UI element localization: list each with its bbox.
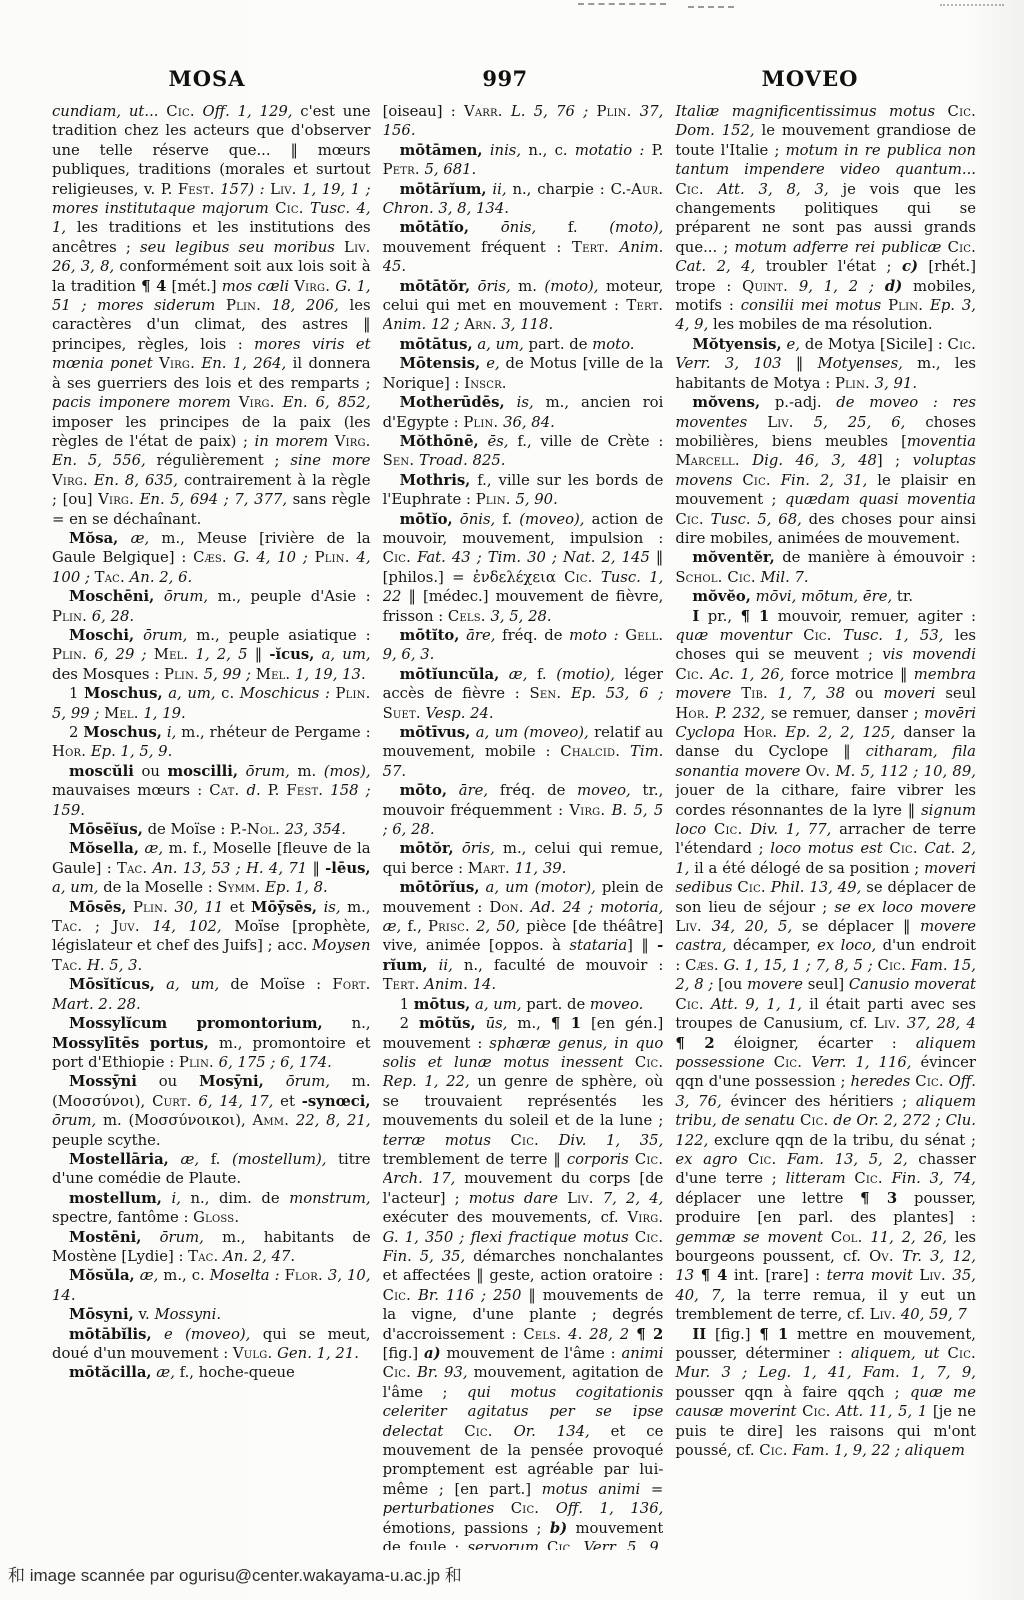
author-abbreviation: Mel. [256, 666, 291, 683]
latin-or-reference: 1, 2, 5 [196, 646, 248, 663]
headword: Mōsēĭus, [69, 821, 143, 838]
headword: Mŏsa, [69, 530, 118, 547]
latin-or-reference: 3, 91. [875, 375, 917, 392]
author-abbreviation: Arn. [464, 316, 496, 333]
dictionary-entry: mŏvĕo, mōvi, mōtum, ēre, tr. [675, 587, 976, 606]
author-abbreviation: Cic. [854, 1170, 882, 1187]
dictionary-entry: Mŏtyensis, e, de Motya [Sicile] : Cic. V… [675, 335, 976, 393]
latin-or-reference: L. 5, 76 ; [511, 103, 588, 120]
latin-or-reference: ōnis, [501, 219, 536, 236]
latin-or-reference: Verr. 1, 116, [811, 1054, 911, 1071]
dictionary-entry: Mōsēs, Plin. 30, 11 et Mōȳsēs, is, m., T… [52, 898, 371, 976]
latin-or-reference: a, um (moveo), [476, 724, 589, 741]
headword: mōto, [400, 782, 447, 799]
author-abbreviation: Juv. [113, 918, 140, 935]
author-abbreviation: Plin. [835, 375, 870, 392]
latin-or-reference: Br. 93, [417, 1364, 468, 1381]
author-abbreviation: Don. [489, 899, 523, 916]
latin-or-reference: 5, 25, 6, [814, 414, 906, 431]
latin-or-reference: 9, 1, 2 ; [799, 278, 874, 295]
headword: mōtĭuncŭla, [400, 666, 500, 683]
author-abbreviation: Cic. [166, 103, 194, 120]
author-abbreviation: Cic. [759, 1442, 787, 1459]
latin-or-reference: Ep. 1, 8. [265, 879, 328, 896]
author-abbreviation: Cic. [774, 1054, 802, 1071]
dictionary-entry: Moschi, ōrum, m., peuple asiatique : Pli… [52, 626, 371, 684]
latin-or-reference: terræ motus [383, 1132, 491, 1149]
latin-or-reference: 1, 19. [143, 705, 185, 722]
author-abbreviation: Tert. [572, 239, 609, 256]
latin-or-reference: Moselta : [210, 1267, 280, 1284]
headword: mŏventĕr, [692, 549, 774, 566]
latin-or-reference: animi [621, 1345, 663, 1362]
author-abbreviation: Cic. [803, 627, 831, 644]
latin-or-reference: aliquem, ut [851, 1345, 939, 1362]
latin-or-reference: (moto), [609, 219, 663, 236]
latin-or-reference: An. 2, 47. [223, 1248, 295, 1265]
headword: ¶ 2 [636, 1326, 663, 1343]
latin-or-reference: moventia [907, 433, 976, 450]
author-abbreviation: Cic. [889, 840, 917, 857]
headword: ¶ 1 [759, 1326, 788, 1343]
latin-or-reference: e, [787, 336, 800, 353]
latin-or-reference: (moto), [544, 278, 598, 295]
author-abbreviation: Mart. [468, 860, 510, 877]
latin-or-reference: a, um, [322, 646, 371, 663]
headword: mōtus, [414, 996, 471, 1013]
latin-or-reference: (motio), [556, 666, 615, 683]
headword: mōtŭs, [419, 1015, 476, 1032]
dictionary-entry: Mŏsŭla, æ, m., c. Moselta : Flor. 3, 10,… [52, 1266, 371, 1305]
author-abbreviation: Cic. [547, 1539, 575, 1550]
latin-or-reference: 11, 2, 26, [870, 1229, 947, 1246]
latin-or-reference: āre, [466, 627, 495, 644]
author-abbreviation: Cic. [800, 1112, 828, 1129]
author-abbreviation: Cic. [802, 1403, 830, 1420]
latin-or-reference: Att. 11, 5, 1 [836, 1403, 927, 1420]
latin-or-reference: Dom. 152, [675, 122, 754, 139]
author-abbreviation: Liv. [919, 1267, 946, 1284]
latin-or-reference: 23, 354. [285, 821, 346, 838]
latin-or-reference: a, um, [168, 685, 215, 702]
headword: mostellum, [69, 1190, 162, 1207]
dictionary-entry: Mōsĭtĭcus, a, um, de Moïse : Fort. Mart.… [52, 975, 371, 1014]
headword: mōtātus, [400, 336, 473, 353]
latin-or-reference: Italiæ magnificentissimus motus [675, 103, 935, 120]
author-abbreviation: Plin. [888, 297, 923, 314]
scanned-dictionary-page: { "header": { "left_word": "MOSA", "page… [0, 0, 1024, 1600]
latin-or-reference: Ep. 2, 2, 125, [785, 724, 895, 741]
dictionary-entry: Mōtensis, e, de Motus [ville de la Noriq… [383, 354, 664, 393]
headword: Mossylĭcum promontorium, [69, 1015, 323, 1032]
latin-or-reference: ūs, [486, 1015, 508, 1032]
latin-or-reference: sine more [290, 452, 370, 469]
latin-or-reference: quædam quasi moventia [785, 491, 976, 508]
author-abbreviation: Tac. [95, 569, 125, 586]
author-abbreviation: Flor. [285, 1267, 323, 1284]
author-abbreviation: Sen. [530, 685, 562, 702]
dictionary-entry: Mŏsella, æ, m. f., Moselle [fleuve de la… [52, 839, 371, 897]
headword: Moschus, [84, 685, 163, 702]
latin-or-reference: Troad. 825. [419, 452, 506, 469]
latin-or-reference: 40, 59, 7 [901, 1306, 967, 1323]
latin-or-reference: 5, 90. [515, 491, 557, 508]
latin-or-reference: 5, 681. [424, 161, 476, 178]
latin-or-reference: Div. 1, 35, [559, 1132, 664, 1149]
headword: Moschus, [83, 724, 162, 741]
dictionary-entry: mōtābĭlis, e (moveo), qui se meut, doué … [52, 1325, 371, 1364]
author-abbreviation: Ov. [806, 763, 831, 780]
latin-or-reference: G. 4, 10 ; [234, 549, 308, 566]
latin-or-reference: Fam. 1, 9, 22 ; [792, 1442, 900, 1459]
latin-or-reference: 22, 8, 21, [296, 1112, 371, 1129]
latin-or-reference: motatio : [575, 142, 645, 159]
headword: mŏvĕo, [692, 588, 751, 605]
headword: mōtōrĭus, [400, 879, 480, 896]
dictionary-entry: mōtāmen, inis, n., c. motatio : P. Petr.… [383, 141, 664, 180]
author-abbreviation: Liv. [270, 181, 297, 198]
author-abbreviation: Plin. [463, 414, 498, 431]
author-abbreviation: Mel. [154, 646, 189, 663]
latin-or-reference: B. 5, 5 ; 6, 28. [383, 802, 664, 838]
dictionary-entry: mŏventĕr, de manière à émouvoir : Schol.… [675, 548, 976, 587]
author-abbreviation: Tert. [626, 297, 663, 314]
latin-or-reference: vis movendi [882, 646, 976, 663]
author-abbreviation: Liv. [874, 1015, 901, 1032]
author-abbreviation: Tac. [188, 1248, 218, 1265]
latin-or-reference: seu legibus seu moribus [140, 239, 335, 256]
dictionary-entry: mōtĭo, ōnis, f. (moveo), action de mouvo… [383, 510, 664, 626]
latin-or-reference: heredes [850, 1073, 910, 1090]
dictionary-entry: mōtŏr, ōris, m., celui qui remue, qui be… [383, 839, 664, 878]
latin-or-reference: An. 2, 6. [130, 569, 193, 586]
latin-or-reference: Verr. 3, 103 [675, 355, 781, 372]
latin-or-reference: 11, 39. [515, 860, 567, 877]
author-abbreviation: Fort. [332, 976, 370, 993]
latin-or-reference: a, um (motor), [486, 879, 596, 896]
latin-or-reference: Mil. 7. [760, 569, 808, 586]
author-abbreviation: Plin. [179, 1054, 214, 1071]
dictionary-entry: mŏvens, p.-adj. de moveo : res moventes … [675, 393, 976, 548]
latin-or-reference: is, [517, 394, 534, 411]
dictionary-entry: 2 mōtŭs, ūs, m., ¶ 1 [en gén.] mouvement… [383, 1014, 664, 1550]
author-abbreviation: Cic. [727, 569, 755, 586]
author-abbreviation: Liv. [870, 1306, 897, 1323]
sense-letter: c) [902, 258, 918, 275]
latin-or-reference: motus dare [469, 1190, 558, 1207]
latin-or-reference: Tim. 57. [383, 743, 664, 779]
author-abbreviation: Cic. [948, 1345, 976, 1362]
author-abbreviation: Aur. [631, 181, 663, 198]
dictionary-entry: mōtĭuncŭla, æ, f. (motio), léger accès d… [383, 665, 664, 723]
headword: Mŏthōnē, [400, 433, 479, 450]
page-number: 997 [482, 66, 527, 91]
latin-or-reference: æ, [180, 1151, 199, 1168]
author-abbreviation: Cic. [564, 569, 592, 586]
latin-or-reference: ōrum, [246, 763, 290, 780]
author-abbreviation: Liv. [767, 414, 794, 431]
latin-or-reference: Or. 134, [514, 1423, 590, 1440]
author-abbreviation: Tac. [52, 957, 82, 974]
headword: Motherūdēs, [400, 394, 505, 411]
author-abbreviation: Inscr. [464, 375, 507, 392]
latin-or-reference: se ex loco movere [834, 899, 976, 916]
dictionary-entry: 1 Moschus, a, um, c. Moschicus : Plin. 5… [52, 684, 371, 723]
latin-or-reference: a, um, [475, 996, 522, 1013]
dictionary-entry: Mŏsa, æ, m., Meuse [rivière de la Gaule … [52, 529, 371, 587]
headword: -lēus, [325, 860, 370, 877]
author-abbreviation: Cic. [635, 1229, 663, 1246]
author-abbreviation: Gell. [625, 627, 663, 644]
headword: ¶ 2 [675, 1035, 714, 1052]
latin-or-reference: ōrum, [286, 1073, 330, 1090]
latin-or-reference: Tusc. 1, 53, [843, 627, 943, 644]
latin-or-reference: Phil. 13, 49, [771, 879, 862, 896]
latin-or-reference: Dig. 46, 3, 48 [752, 452, 877, 469]
latin-or-reference: moveo. [590, 996, 643, 1013]
latin-or-reference: perturbationes [383, 1500, 495, 1517]
latin-or-reference: 6, 29 ; [94, 646, 146, 663]
author-abbreviation: Cic. [675, 996, 703, 1013]
latin-or-reference: Tusc. 5, 68, [711, 511, 802, 528]
latin-or-reference: Tusc. 1, 22 [383, 569, 664, 605]
author-abbreviation: Cic. [675, 511, 703, 528]
latin-or-reference: Moschicus : [240, 685, 330, 702]
author-abbreviation: Cic. [511, 1132, 539, 1149]
text-column-1: cundiam, ut... Cic. Off. 1, 129, c'est u… [52, 102, 371, 1550]
latin-or-reference: Anim. 14. [424, 976, 496, 993]
latin-or-reference: An. 13, 53 ; H. 4, 71 [153, 860, 308, 877]
latin-or-reference: 6, 14, 17, [198, 1093, 273, 1110]
latin-or-reference: Ac. 1, 26, [710, 666, 784, 683]
author-abbreviation: Cic. [511, 1500, 539, 1517]
headword: mōtăcilla, [69, 1364, 152, 1381]
latin-or-reference: 6, 28. [92, 608, 134, 625]
dictionary-entry: mōtātus, a, um, part. de moto. [383, 335, 664, 354]
latin-or-reference: Canusio moverat [849, 976, 976, 993]
author-abbreviation: Cels. [448, 608, 486, 625]
author-abbreviation: Virg. [52, 472, 88, 489]
latin-or-reference: 36, 84. [503, 414, 555, 431]
latin-or-reference: æ, [144, 840, 163, 857]
author-abbreviation: Chalcid. [560, 743, 620, 760]
latin-or-reference: consilii mei motus [741, 297, 882, 314]
dictionary-entry: Mŏthōnē, ēs, f., ville de Crète : Sen. T… [383, 432, 664, 471]
author-abbreviation: Tert. [383, 976, 420, 993]
author-abbreviation: Plin. [164, 666, 199, 683]
sense-letter: d) [885, 278, 902, 295]
author-abbreviation: Tib. [741, 685, 768, 702]
latin-or-reference: En. 1, 264, [201, 355, 286, 372]
dictionary-entry: 1 mōtus, a, um, part. de moveo. [383, 995, 664, 1014]
latin-or-reference: æ, [140, 1267, 159, 1284]
author-abbreviation: Mel. [104, 705, 139, 722]
latin-or-reference: 4. 28, 2 [568, 1326, 629, 1343]
dictionary-entry: mōtātĭo, ōnis, f. (moto), mouvement fréq… [383, 218, 664, 276]
latin-or-reference: 1, 7, 38 [778, 685, 845, 702]
latin-or-reference: 157) : [220, 181, 264, 198]
latin-or-reference: Mur. 3 ; Leg. 1, 41, Fam. 1, 7, 9, [675, 1364, 976, 1381]
dictionary-entry: I pr., ¶ 1 mouvoir, remuer, agiter : quæ… [675, 607, 976, 1325]
headword: Mōtensis, [400, 355, 481, 372]
latin-or-reference: moveri [883, 685, 935, 702]
author-abbreviation: Hor. [675, 705, 709, 722]
dictionary-text-block: cundiam, ut... Cic. Off. 1, 129, c'est u… [52, 102, 976, 1550]
dictionary-entry: II [fig.] ¶ 1 mettre en mouvement, pouss… [675, 1325, 976, 1461]
author-abbreviation: Cic. [635, 1054, 663, 1071]
sense-letter: b) [550, 1520, 567, 1537]
latin-or-reference: Fin. 5, 35, [383, 1248, 466, 1265]
headword: Mossȳni [69, 1073, 137, 1090]
author-abbreviation: Vulg. [233, 1345, 272, 1362]
author-abbreviation: Curt. [152, 1093, 191, 1110]
dictionary-entry: Mōsyni, v. Mossyni. [52, 1305, 371, 1324]
latin-or-reference: sphæræ genus, in quo solis et lunæ motus… [383, 1035, 664, 1071]
latin-or-reference: 3, 5, 28. [490, 608, 551, 625]
author-abbreviation: Col. [831, 1229, 863, 1246]
headword: ¶ 3 [860, 1190, 897, 1207]
latin-or-reference: 34, 20, 5, [712, 918, 793, 935]
running-head-left-word: MOSA [169, 66, 246, 91]
latin-or-reference: e, [486, 355, 499, 372]
author-abbreviation: Virg. [569, 802, 605, 819]
author-abbreviation: Plin. [52, 608, 87, 625]
dictionary-entry: Mothris, f., ville sur les bords de l'Eu… [383, 471, 664, 510]
dictionary-entry: Moschēni, ōrum, m., peuple d'Asie : Plin… [52, 587, 371, 626]
latin-or-reference: a, um, [477, 336, 524, 353]
headword: Mŏsŭla, [69, 1267, 135, 1284]
headword: Mŏsella, [69, 840, 139, 857]
author-abbreviation: Tac. [52, 918, 82, 935]
latin-or-reference: Fin. 3, 74, [892, 1170, 976, 1187]
author-abbreviation: Cic. [878, 957, 906, 974]
author-abbreviation: Suet. [383, 705, 421, 722]
dictionary-entry: Mossylĭcum promontorium, n., Mossylītēs … [52, 1014, 371, 1072]
text-column-3: Italiæ magnificentissimus motus Cic. Dom… [675, 102, 976, 1550]
headword: Moschi, [69, 627, 134, 644]
latin-or-reference: litteram [786, 1170, 846, 1187]
author-abbreviation: Cic. [915, 1073, 943, 1090]
latin-or-reference: pacis imponere morem [52, 394, 231, 411]
latin-or-reference: i, [167, 724, 176, 741]
latin-or-reference: Fat. 43 ; Tim. 30 ; Nat. 2, 145 [417, 549, 650, 566]
dictionary-entry: 2 Moschus, i, m., rhéteur de Pergame : H… [52, 723, 371, 762]
latin-or-reference: ōrum, [143, 627, 187, 644]
latin-or-reference: cundiam, ut... [52, 103, 159, 120]
latin-or-reference: e (moveo), [164, 1326, 250, 1343]
headword: Mōsĭtĭcus, [69, 976, 155, 993]
dictionary-entry: Mostellāria, æ, f. (mostellum), titre d'… [52, 1150, 371, 1189]
latin-or-reference: d. [246, 782, 260, 799]
author-abbreviation: Schol. [675, 569, 722, 586]
latin-or-reference: moveo, [577, 782, 631, 799]
author-abbreviation: Cat. [209, 782, 239, 799]
latin-or-reference: loco motus est [770, 840, 882, 857]
latin-or-reference: P. 232, [715, 705, 765, 722]
headword: II [692, 1326, 706, 1343]
headword: Mothris, [400, 472, 471, 489]
author-abbreviation: Hor. [743, 724, 777, 741]
dictionary-entry: mōtăcilla, æ, f., hoche-queue [52, 1363, 371, 1382]
headword: mōtāmen, [400, 142, 483, 159]
headword: moscŭli [69, 763, 134, 780]
latin-or-reference: 18, 206, [272, 297, 339, 314]
latin-or-reference: Mart. 2. 28. [52, 996, 141, 1013]
latin-or-reference: æ, [131, 530, 150, 547]
latin-or-reference: in morem [255, 433, 329, 450]
headword: mōtātŏr, [400, 278, 471, 295]
author-abbreviation: Plin. [596, 103, 631, 120]
author-abbreviation: Virg. [335, 433, 371, 450]
latin-or-reference: Arch. 17, [383, 1170, 456, 1187]
headword: I [692, 608, 699, 625]
headword: mōtātĭo, [400, 219, 469, 236]
author-abbreviation: Ov. [869, 1248, 894, 1265]
latin-or-reference: 5, 99 ; [204, 666, 251, 683]
author-abbreviation: Cic. [737, 879, 765, 896]
latin-or-reference: Cat. 2, 4, [675, 258, 755, 275]
latin-or-reference: stataria [569, 937, 627, 954]
latin-or-reference: æ, [156, 1364, 175, 1381]
latin-or-reference: En. 5, 556, [52, 452, 146, 469]
author-abbreviation: Amm. [252, 1112, 289, 1129]
author-abbreviation: Cic. [464, 1423, 492, 1440]
author-abbreviation: Plin. [315, 549, 350, 566]
dictionary-entry: mōtātŏr, ōris, m. (moto), moteur, celui … [383, 277, 664, 335]
headword: Mōsēs, [69, 899, 126, 916]
author-abbreviation: Cic. [675, 181, 703, 198]
latin-or-reference: (moveo), [519, 511, 584, 528]
scan-credit-line: 和 image scannée par ogurisu@center.wakay… [8, 1561, 462, 1586]
latin-or-reference: motum in re publica non tantum impendere… [675, 142, 976, 178]
latin-or-reference: Att. 9, 1, 1, [711, 996, 802, 1013]
headword: Mŏtyensis, [692, 336, 781, 353]
dictionary-entry: mōtĭto, āre, fréq. de moto : Gell. 9, 6,… [383, 626, 664, 665]
headword: Mossylītēs portus, [52, 1035, 209, 1052]
latin-or-reference: ōris, [462, 840, 495, 857]
author-abbreviation: Cic. [383, 1287, 411, 1304]
author-abbreviation: Marcell. [675, 452, 739, 469]
headword: ¶ 1 [741, 608, 770, 625]
headword: mōtīvus, [400, 724, 471, 741]
latin-or-reference: Fam. 13, 5, 2, [787, 1151, 908, 1168]
author-abbreviation: Cic. [714, 821, 742, 838]
headword: ¶ 4 [141, 278, 166, 295]
dictionary-entry: Mossȳni ou Mosȳni, ōrum, m. (Μοσσύνοι), … [52, 1072, 371, 1150]
latin-or-reference: M. 5, 112 ; 10, 89, [836, 763, 976, 780]
latin-or-reference: ex loco, [817, 937, 876, 954]
latin-or-reference: motus animi [542, 1481, 641, 1498]
latin-or-reference: En. 6, 852, [283, 394, 371, 411]
author-abbreviation: Symm. [217, 879, 260, 896]
author-abbreviation: Quint. [742, 278, 788, 295]
latin-or-reference: Moysen [312, 937, 370, 954]
headword: moscilli, [168, 763, 239, 780]
latin-or-reference: inis, [490, 142, 521, 159]
latin-or-reference: 1, 19, 13. [295, 666, 366, 683]
headword: -synœci, [302, 1093, 371, 1110]
author-abbreviation: Cæs. [193, 549, 227, 566]
latin-or-reference: 6, 175 ; 6, 174. [219, 1054, 332, 1071]
author-abbreviation: Virg. [239, 394, 275, 411]
author-abbreviation: Cic. [748, 1151, 776, 1168]
author-abbreviation: Nol. [247, 821, 280, 838]
latin-or-reference: ōrum, [52, 1112, 96, 1129]
latin-or-reference: ōnis, [460, 511, 495, 528]
latin-or-reference: 14, 102, [152, 918, 221, 935]
dictionary-entry: Motherūdēs, is, m., ancien roi d'Egypte … [383, 393, 664, 432]
author-abbreviation: Cels. [523, 1326, 561, 1343]
